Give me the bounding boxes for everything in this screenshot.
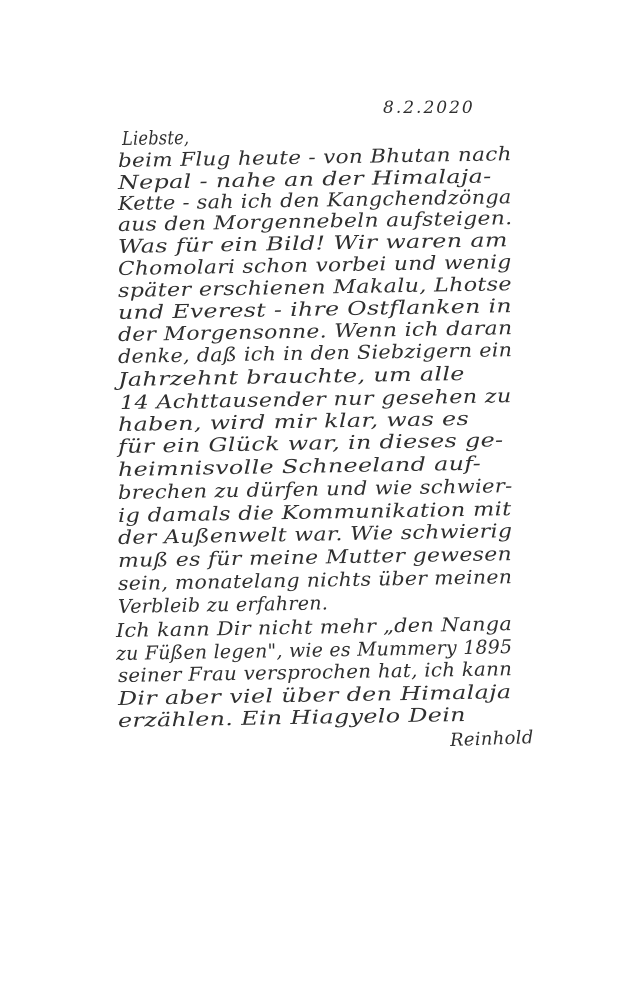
handwritten-letter-page: 8.2.2020 Liebste,beim Flug heute - von B… (0, 0, 619, 1000)
letter-signature: Reinhold (450, 727, 534, 751)
letter-line: Verbleib zu erfahren. (118, 592, 329, 618)
letter-line: erzählen. Ein Hiagyelo Dein (118, 704, 466, 732)
letter-date: 8.2.2020 (383, 98, 475, 118)
letter-line: Liebste, (122, 127, 190, 150)
